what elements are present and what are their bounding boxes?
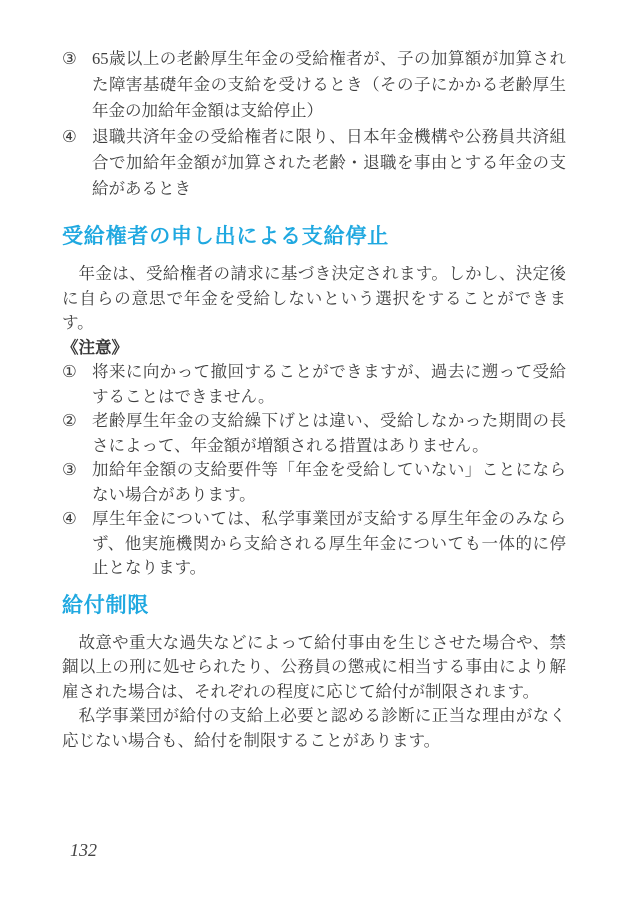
top-numbered-list: ③ 65歳以上の老齢厚生年金の受給権者が、子の加算額が加算された障害基礎年金の支… (62, 46, 566, 202)
section1-paragraph: 年金は、受給権者の請求に基づき決定されます。しかし、決定後に自らの意思で年金を受… (62, 262, 566, 336)
list-item: ③ 加給年金額の支給要件等「年金を受給していない」ことにならない場合があります。 (62, 458, 566, 507)
list-item: ④ 退職共済年金の受給権者に限り、日本年金機構や公務員共済組合で加給年金額が加算… (62, 124, 566, 202)
list-item-text: 老齢厚生年金の支給繰下げとは違い、受給しなかった期間の長さによって、年金額が増額… (92, 409, 566, 458)
circled-number: ② (62, 409, 92, 458)
list-item-text: 厚生年金については、私学事業団が支給する厚生年金のみならず、他実施機関から支給さ… (92, 507, 566, 581)
document-page: ③ 65歳以上の老齢厚生年金の受給権者が、子の加算額が加算された障害基礎年金の支… (0, 0, 636, 900)
page-number: 132 (70, 840, 97, 861)
circled-number: ① (62, 360, 92, 409)
notice-numbered-list: ① 将来に向かって撤回することができますが、過去に遡って受給することはできません… (62, 360, 566, 581)
section-heading-suspension-by-request: 受給権者の申し出による支給停止 (62, 222, 566, 252)
page-content: ③ 65歳以上の老齢厚生年金の受給権者が、子の加算額が加算された障害基礎年金の支… (62, 46, 566, 753)
list-item: ③ 65歳以上の老齢厚生年金の受給権者が、子の加算額が加算された障害基礎年金の支… (62, 46, 566, 124)
list-item-text: 加給年金額の支給要件等「年金を受給していない」ことにならない場合があります。 (92, 458, 566, 507)
list-item: ④ 厚生年金については、私学事業団が支給する厚生年金のみならず、他実施機関から支… (62, 507, 566, 581)
list-item-text: 将来に向かって撤回することができますが、過去に遡って受給することはできません。 (92, 360, 566, 409)
circled-number: ③ (62, 46, 92, 124)
list-item-text: 退職共済年金の受給権者に限り、日本年金機構や公務員共済組合で加給年金額が加算され… (92, 124, 566, 202)
circled-number: ④ (62, 124, 92, 202)
circled-number: ④ (62, 507, 92, 581)
section2-paragraph-1: 故意や重大な過失などによって給付事由を生じさせた場合や、禁錮以上の刑に処せられた… (62, 631, 566, 705)
notice-label: 《注意》 (62, 336, 566, 361)
section-heading-benefit-restriction: 給付制限 (62, 591, 566, 621)
circled-number: ③ (62, 458, 92, 507)
list-item: ② 老齢厚生年金の支給繰下げとは違い、受給しなかった期間の長さによって、年金額が… (62, 409, 566, 458)
list-item-text: 65歳以上の老齢厚生年金の受給権者が、子の加算額が加算された障害基礎年金の支給を… (92, 46, 566, 124)
section2-paragraph-2: 私学事業団が給付の支給上必要と認める診断に正当な理由がなく応じない場合も、給付を… (62, 704, 566, 753)
list-item: ① 将来に向かって撤回することができますが、過去に遡って受給することはできません… (62, 360, 566, 409)
